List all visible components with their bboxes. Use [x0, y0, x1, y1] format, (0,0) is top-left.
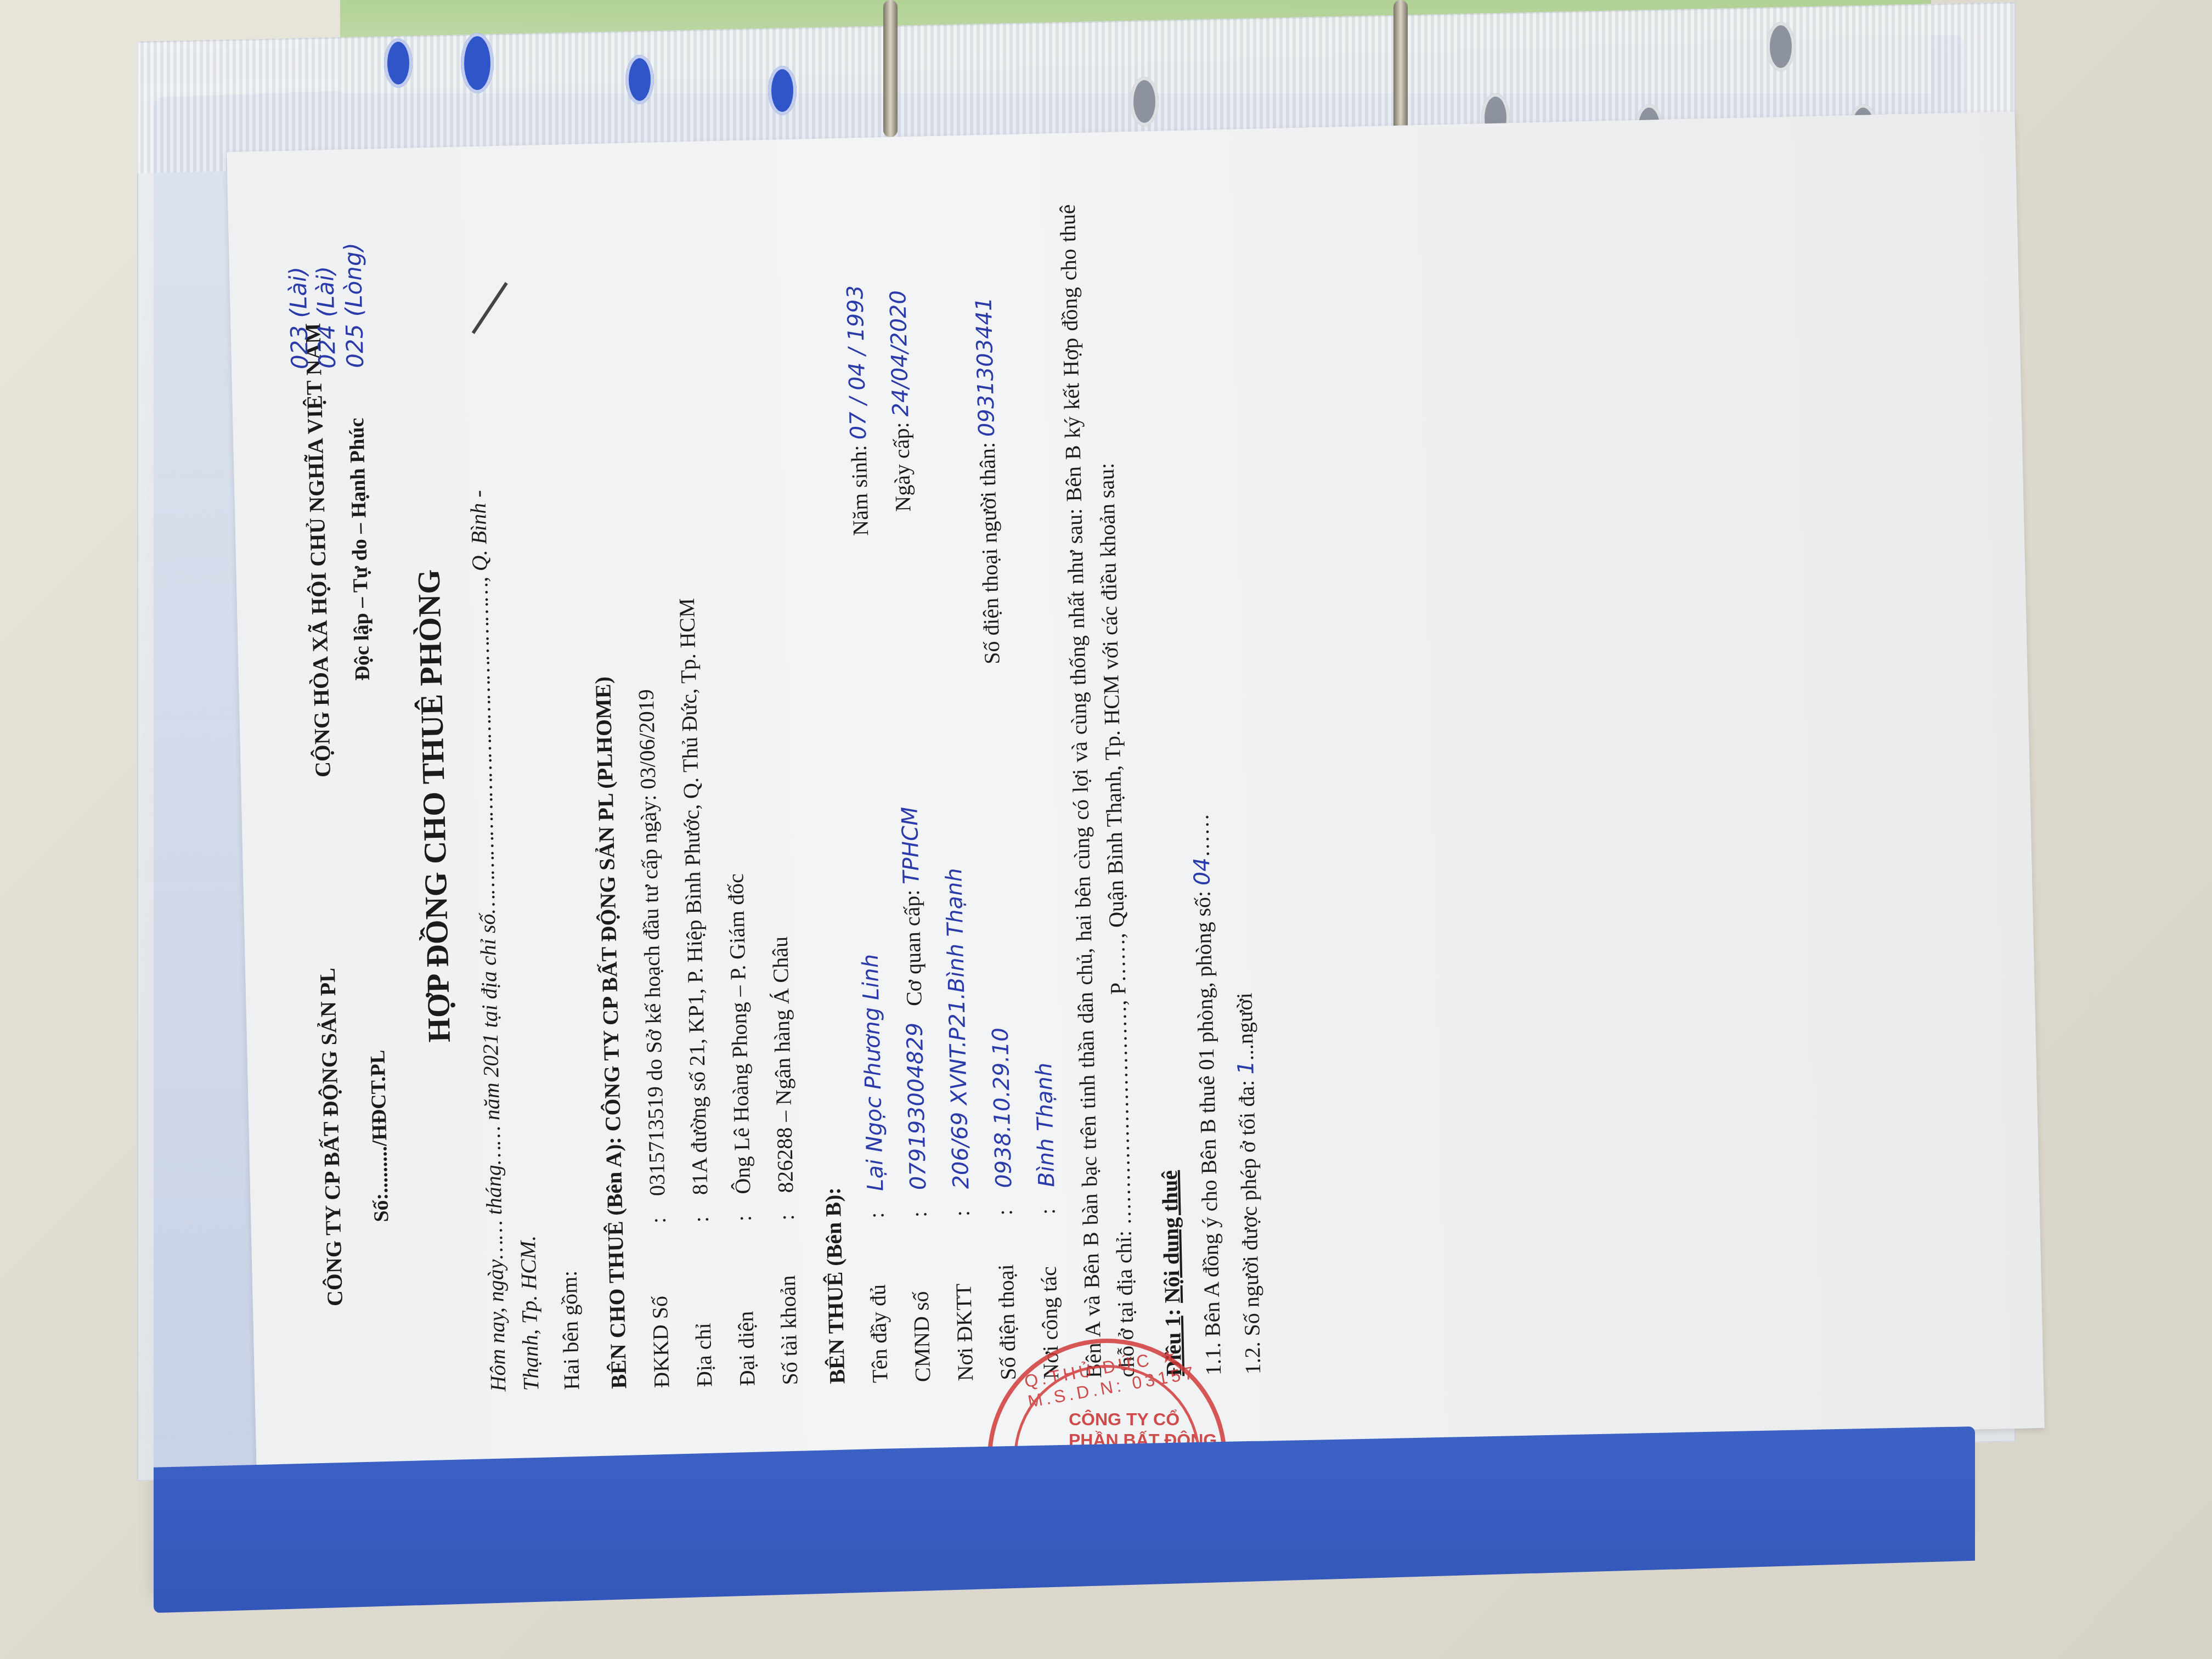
- document-header: CÔNG TY CP BẤT ĐỘNG SẢN PL Số:........./…: [294, 220, 402, 1396]
- field-label: Năm sinh:: [843, 445, 878, 537]
- binder-ring: [883, 0, 898, 137]
- tenant-id-number: 079193004829: [899, 1022, 935, 1190]
- document-number: Số:........./HĐCT.PL: [358, 877, 401, 1395]
- room-number: 04: [1189, 857, 1215, 886]
- tenant-phone: 0938.10.29.10: [976, 664, 1021, 1188]
- punch-hole: [461, 33, 494, 93]
- field-label: Số điện thoại: [989, 1215, 1025, 1380]
- photo-scene: CÔNG TY CP BẤT ĐỘNG SẢN PL Số:........./…: [0, 0, 2212, 1659]
- agreement-paragraph: Bên A và Bên B bàn bạc trên tinh thần dâ…: [1051, 204, 1144, 1379]
- handwritten-notes: 023 (Lài) 024 (Lài) 025 (Lòng): [284, 242, 369, 370]
- contract-page: CÔNG TY CP BẤT ĐỘNG SẢN PL Số:........./…: [227, 111, 2045, 1468]
- tenant-name: Lại Ngọc Phương Linh: [844, 535, 892, 1192]
- field-label: Tên đầy đủ: [860, 1218, 897, 1383]
- field-label: Đại diện: [727, 1221, 764, 1386]
- tenant-id-issue-date: 24/04/2020: [880, 208, 918, 417]
- punch-hole: [1767, 22, 1795, 71]
- field-label: CMND số: [903, 1217, 940, 1382]
- tenant-id-issuer: TPHCM: [887, 511, 928, 884]
- tenant-birth-date: 07 / 04 / 1993: [837, 209, 876, 440]
- field-label: Số điện thoại người thân:: [971, 442, 1009, 664]
- relative-phone: 0931303441: [966, 206, 1004, 437]
- punch-hole: [1130, 77, 1159, 126]
- punch-hole: [384, 38, 413, 88]
- page-content: CÔNG TY CP BẤT ĐỘNG SẢN PL Số:........./…: [244, 139, 2027, 1441]
- punch-hole: [768, 66, 797, 115]
- field-label: Nơi ĐKTT: [946, 1216, 983, 1381]
- field-label: Địa chỉ: [685, 1222, 721, 1387]
- field-label: Cơ quan cấp:: [895, 889, 931, 1007]
- binder-ring: [1393, 0, 1408, 137]
- field-label: ĐKKD Số: [642, 1223, 679, 1388]
- field-label: Ngày cấp:: [885, 422, 920, 512]
- field-label: Số tài khoản: [770, 1220, 807, 1385]
- company-name: CÔNG TY CP BẤT ĐỘNG SẢN PL: [309, 878, 353, 1396]
- max-occupants: 1: [1233, 1060, 1259, 1075]
- punch-hole: [625, 55, 654, 104]
